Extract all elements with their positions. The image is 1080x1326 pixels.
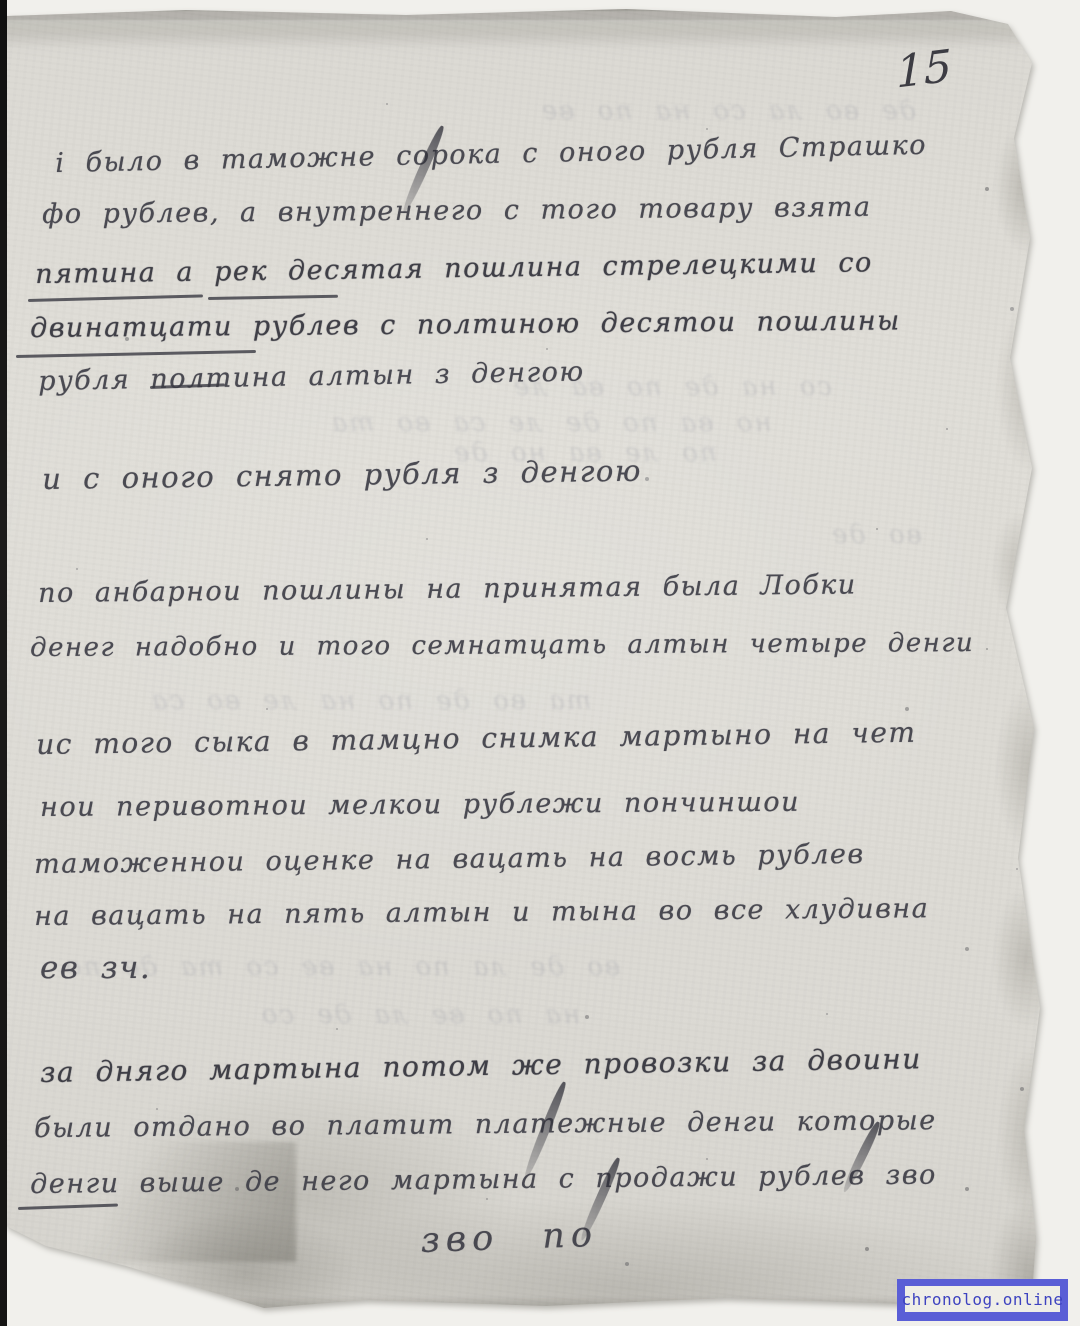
ghost-line: та во де по на ле во са — [150, 686, 591, 716]
watermark-badge: chronolog.online — [897, 1279, 1068, 1321]
manuscript-line: денег надобно и того семнатцать алтын че… — [30, 628, 974, 663]
manuscript-photo: де во ла со на по ве со на де по ва ле н… — [0, 0, 1080, 1326]
binding-edge — [0, 0, 7, 1326]
manuscript-line: нои перивотнои мелкои рублежи пончиншои — [40, 787, 800, 823]
ghost-line: на по ве ла де со — [260, 1000, 580, 1030]
watermark-inner-box: chronolog.online — [905, 1286, 1060, 1312]
ghost-line: во де — [830, 520, 922, 550]
manuscript-line: ев зч. — [40, 950, 151, 986]
ghost-line: де во ла со на по ве — [540, 96, 916, 126]
manuscript-line: зво по — [420, 1215, 599, 1261]
ghost-line: но ва по де ле са во та — [330, 408, 771, 438]
page-number: 15 — [896, 40, 952, 98]
watermark-text: chronolog.online — [901, 1290, 1063, 1309]
